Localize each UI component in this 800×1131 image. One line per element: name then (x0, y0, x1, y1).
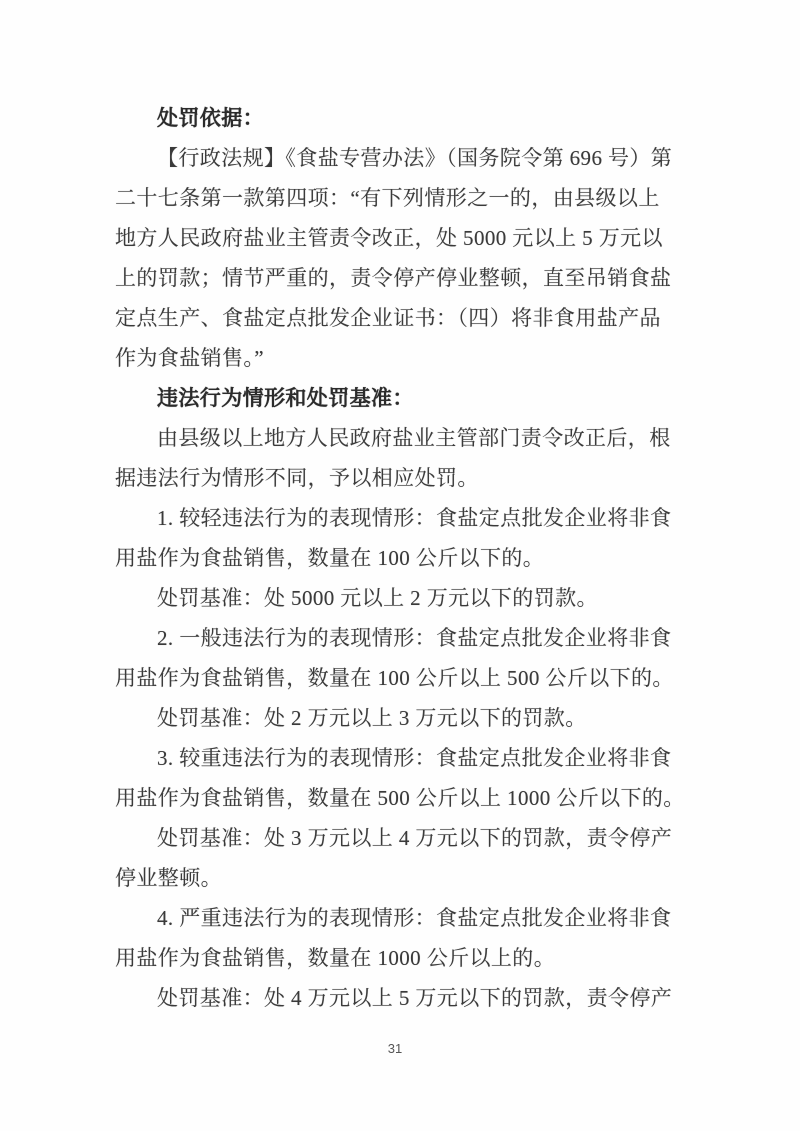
document-line: 用盐作为食盐销售，数量在 100 公斤以下的。 (115, 538, 675, 578)
document-line: 1. 较轻违法行为的表现情形：食盐定点批发企业将非食 (115, 498, 675, 538)
document-line: 4. 严重违法行为的表现情形：食盐定点批发企业将非食 (115, 898, 675, 938)
section-heading-line: 处罚依据： (115, 98, 675, 138)
page-number: 31 (115, 1040, 675, 1058)
document-line: 2. 一般违法行为的表现情形：食盐定点批发企业将非食 (115, 618, 675, 658)
document-line: 处罚基准：处 5000 元以上 2 万元以下的罚款。 (115, 578, 675, 618)
document-page: 处罚依据：【行政法规】《食盐专营办法》（国务院令第 696 号）第二十七条第一款… (0, 0, 800, 1131)
text-block: 处罚依据：【行政法规】《食盐专营办法》（国务院令第 696 号）第二十七条第一款… (115, 98, 675, 1018)
document-line: 停业整顿。 (115, 858, 675, 898)
document-line: 由县级以上地方人民政府盐业主管部门责令改正后，根 (115, 418, 675, 458)
section-heading-line: 违法行为情形和处罚基准： (115, 378, 675, 418)
document-line: 二十七条第一款第四项：“有下列情形之一的，由县级以上 (115, 178, 675, 218)
document-line: 上的罚款；情节严重的，责令停产停业整顿，直至吊销食盐 (115, 258, 675, 298)
document-line: 用盐作为食盐销售，数量在 100 公斤以上 500 公斤以下的。 (115, 658, 675, 698)
document-line: 地方人民政府盐业主管责令改正，处 5000 元以上 5 万元以 (115, 218, 675, 258)
document-line: 作为食盐销售。” (115, 338, 675, 378)
document-line: 用盐作为食盐销售，数量在 1000 公斤以上的。 (115, 938, 675, 978)
document-line: 3. 较重违法行为的表现情形：食盐定点批发企业将非食 (115, 738, 675, 778)
document-line: 【行政法规】《食盐专营办法》（国务院令第 696 号）第 (115, 138, 675, 178)
document-line: 定点生产、食盐定点批发企业证书：（四）将非食用盐产品 (115, 298, 675, 338)
document-line: 处罚基准：处 4 万元以上 5 万元以下的罚款，责令停产 (115, 978, 675, 1018)
document-line: 处罚基准：处 2 万元以上 3 万元以下的罚款。 (115, 698, 675, 738)
document-line: 处罚基准：处 3 万元以上 4 万元以下的罚款，责令停产 (115, 818, 675, 858)
document-line: 用盐作为食盐销售，数量在 500 公斤以上 1000 公斤以下的。 (115, 778, 675, 818)
document-line: 据违法行为情形不同，予以相应处罚。 (115, 458, 675, 498)
